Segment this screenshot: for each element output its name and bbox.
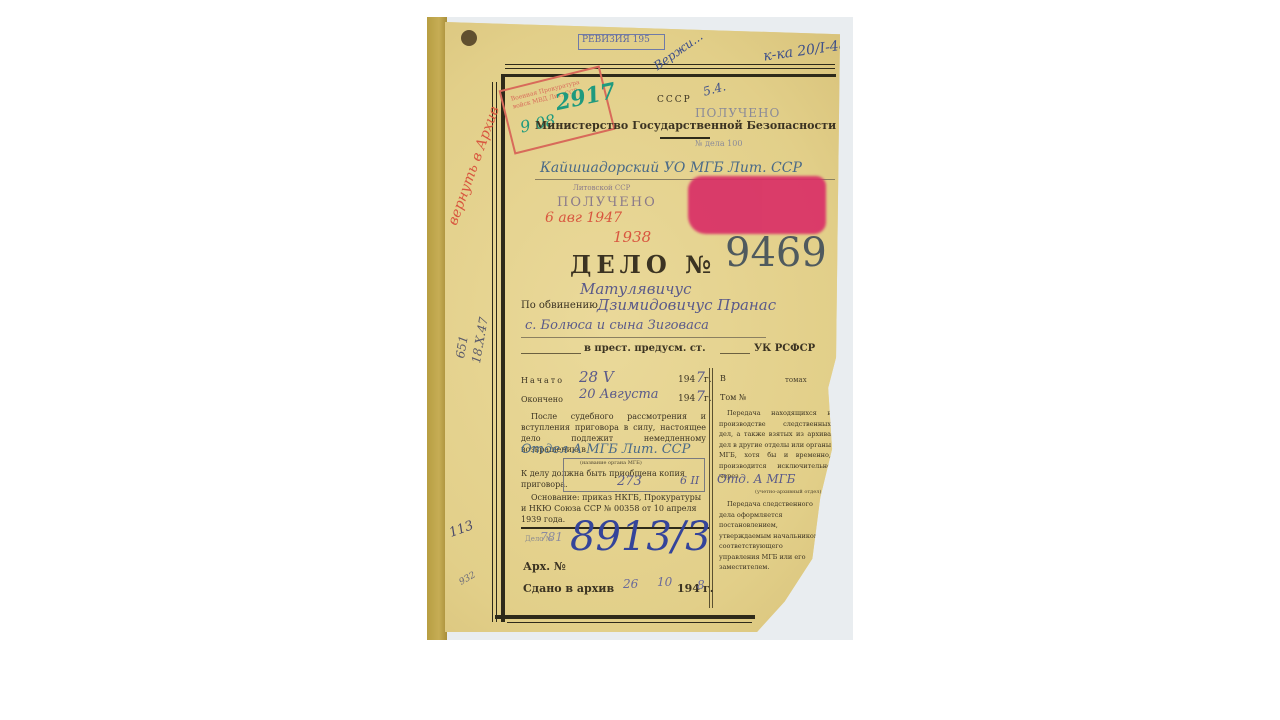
accused-name: Дзимидовичус Пранас [597, 296, 776, 314]
binding-hole [461, 30, 477, 46]
accused-relatives: с. Болюса и сына Зиговаса [525, 318, 709, 333]
transfer-notice: Передача находящихся в производстве след… [719, 408, 831, 482]
country-label: СССР [657, 95, 692, 105]
ended-label: Окончено [521, 395, 563, 404]
case-stamp-value: 781 [540, 530, 563, 544]
submitted-label: Сдано в архив [523, 582, 614, 595]
article-label: в прест. предусм. ст. [584, 343, 706, 354]
year-1938: 1938 [613, 228, 651, 246]
margin-note-651: 651 [453, 334, 471, 359]
submitted-year-suffix: г. [703, 582, 714, 595]
received-stamp-mid: ПОЛУЧЕНО [557, 195, 657, 210]
ended-year-prefix: 194 [678, 394, 695, 404]
department-handwritten: Кайшиадорский УО МГБ Лит. ССР [540, 160, 802, 176]
submitted-day: 26 [623, 577, 638, 591]
file-cover: РЕВИЗИЯ 195 к-ка 20/I-48 г Вержи... 5.4.… [445, 22, 840, 632]
started-label: Начато [521, 376, 564, 385]
transfer-department: Отд. А МГБ [717, 472, 795, 486]
archive-number: 8913/3 [570, 514, 711, 560]
ended-year-suffix: г. [704, 394, 712, 404]
accused-underline [521, 337, 766, 338]
registry-date: 6 II [680, 474, 699, 487]
registry-annotation: к-ка 20/I-48 г [762, 35, 853, 64]
started-date: 28 V [579, 368, 614, 386]
started-year-suffix: г. [704, 375, 712, 385]
signature-date: 5.4. [702, 79, 728, 98]
redacted-stamp [688, 176, 826, 234]
frame-line-left-thin [496, 82, 497, 622]
article-blank-2 [720, 353, 750, 354]
folder-spine [427, 17, 447, 640]
frame-line-top-thin [505, 68, 835, 69]
frame-line-left-thin-2 [492, 82, 493, 622]
started-year-prefix: 194 [678, 375, 695, 385]
received-mid-region: Литовской ССР [573, 184, 630, 192]
frame-line-bottom-thin [507, 622, 752, 623]
case-number: 9469 [725, 230, 827, 276]
margin-red-note: вернуть в Архив [445, 104, 503, 227]
volumes-suffix: томах [785, 376, 807, 384]
article-blank-1 [521, 353, 581, 354]
column-divider-1 [709, 368, 710, 608]
volume-no-label: Том № [720, 393, 747, 402]
margin-note-932: 932 [458, 570, 478, 587]
margin-note-113: 113 [447, 518, 475, 541]
received-stamp-top: ПОЛУЧЕНО [695, 106, 780, 120]
criminal-code: УК РСФСР [754, 343, 815, 354]
frame-line-left-thick [501, 77, 505, 622]
received-mid-date: 6 авг 1947 [545, 210, 622, 226]
submitted-month: 10 [657, 575, 672, 589]
accusation-label: По обвинению [521, 300, 598, 311]
archive-label: Арх. № [523, 560, 566, 573]
revision-stamp: РЕВИЗИЯ 195 [578, 34, 665, 50]
case-label: ДЕЛО № [570, 250, 716, 279]
received-case-no: № дела 100 [695, 139, 742, 148]
registry-number: 273 [617, 474, 642, 489]
column-divider-2 [712, 368, 713, 608]
margin-note-date: 18.X.47 [469, 316, 491, 364]
second-notice: Передача следственного дела оформляется … [719, 499, 824, 573]
document-photo: РЕВИЗИЯ 195 к-ка 20/I-48 г Вержи... 5.4.… [427, 17, 853, 640]
ended-date: 20 Августа [579, 387, 659, 402]
frame-line-bottom-thick [495, 615, 755, 619]
return-to-department: Отдел А МГБ Лит. ССР [521, 442, 690, 457]
volumes-label: В [720, 374, 726, 383]
transfer-caption: (учетно-архивный отдел) [755, 489, 821, 495]
ministry-name: Министерство Государственной Безопасност… [535, 119, 836, 132]
